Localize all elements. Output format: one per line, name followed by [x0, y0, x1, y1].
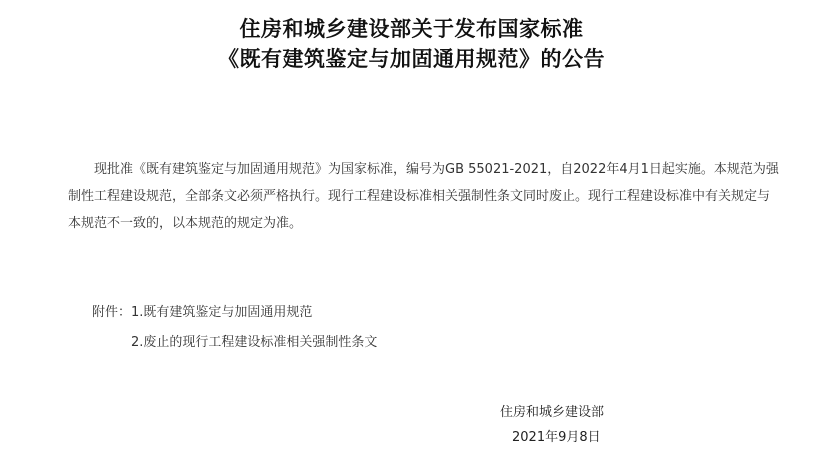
- signature-organization: 住房和城乡建设部: [500, 403, 604, 423]
- signature-date: 2021年9月8日: [512, 428, 601, 448]
- page-title-line-2: 《既有建筑鉴定与加固通用规范》的公告: [0, 44, 823, 74]
- attachment-item-2-text[interactable]: 2.废止的现行工程建设标准相关强制性条文: [131, 335, 377, 350]
- attachment-item-2[interactable]: 2.废止的现行工程建设标准相关强制性条文: [131, 333, 377, 353]
- attachment-item-1[interactable]: 附件：1.既有建筑鉴定与加固通用规范: [92, 303, 312, 323]
- page-title-line-1: 住房和城乡建设部关于发布国家标准: [0, 14, 823, 44]
- attachment-label: 附件：: [92, 305, 131, 320]
- announcement-paragraph-1: 现批准《既有建筑鉴定与加固通用规范》为国家标准，编号为GB 55021-2021…: [68, 156, 780, 237]
- attachment-item-1-text[interactable]: 1.既有建筑鉴定与加固通用规范: [131, 305, 312, 320]
